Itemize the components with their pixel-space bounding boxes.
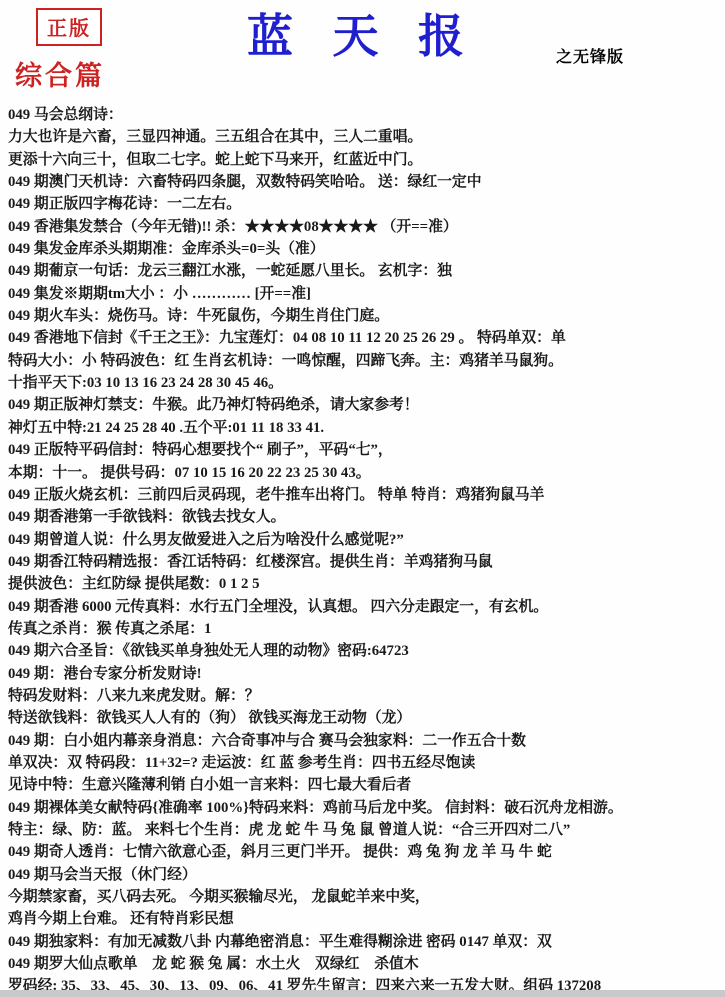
- edition-label: 之无锋版: [556, 44, 624, 67]
- report-line: 特码发财料：八来九来虎发财。解：？: [8, 685, 725, 707]
- report-line: 特主：绿、防：蓝。 来料七个生肖：虎 龙 蛇 牛 马 兔 鼠 曾道人说：“合三开…: [8, 819, 725, 841]
- section-title: 综合篇: [15, 54, 105, 93]
- report-line: 049 集发金库杀头期期准：金库杀头=0=头（准）: [8, 238, 725, 260]
- report-line: 鸡肖今期上台难。 还有特肖彩民想: [8, 908, 725, 930]
- bottom-edge-bar: [0, 990, 725, 997]
- report-line: 049 期香江特码精选报：香江话特码：红楼深宫。提供生肖：羊鸡猪狗马鼠: [8, 551, 725, 573]
- report-line: 十指平天下:03 10 13 16 23 24 28 30 45 46。: [8, 372, 725, 394]
- report-line: 特码大小：小 特码波色：红 生肖玄机诗：一鸣惊醒，四蹄飞奔。主：鸡猪羊马鼠狗。: [8, 350, 725, 372]
- report-line: 单双决：双 特码段：11+32=? 走运波：红 蓝 参考生肖：四书五经尽饱读: [8, 752, 725, 774]
- report-line: 049 期葡京一句话：龙云三翻江水涨，一蛇延愿八里长。 玄机字：独: [8, 260, 725, 282]
- report-line: 049 期裸体美女献特码{准确率 100%}特码来料：鸡前马后龙中奖。 信封料：…: [8, 797, 725, 819]
- report-line: 049 期马会当天报（休门经）: [8, 864, 725, 886]
- page-title: 蓝 天 报: [247, 0, 478, 66]
- report-line: 049 香港集发禁合（今年无错)!! 杀：★★★★08★★★★ （开==准）: [8, 216, 725, 238]
- report-line: 049 期澳门天机诗：六畜特码四条腿，双数特码笑哈哈。 送：绿红一定中: [8, 171, 725, 193]
- report-line: 今期禁家畜，买八码去死。 今期买猴输尽光， 龙鼠蛇羊来中奖，: [8, 886, 725, 908]
- report-line: 049 期正版四字梅花诗：一二左右。: [8, 193, 725, 215]
- report-line: 特送欲钱料：欲钱买人人有的（狗） 欲钱买海龙王动物（龙）: [8, 707, 725, 729]
- report-line: 049 期正版神灯禁支：牛猴。此乃神灯特码绝杀，请大家参考！: [8, 394, 725, 416]
- authentic-badge: 正版: [36, 8, 102, 46]
- report-line: 049 期：白小姐内幕亲身消息：六合奇事冲与合 赛马会独家料：二一作五合十数: [8, 730, 725, 752]
- report-line: 049 期香港 6000 元传真料：水行五门全埋没，认真想。 四六分走跟定一，有…: [8, 596, 725, 618]
- report-line: 神灯五中特:21 24 25 28 40 .五个平:01 11 18 33 41…: [8, 417, 725, 439]
- report-line: 本期：十一。 提供号码：07 10 15 16 20 22 23 25 30 4…: [8, 462, 725, 484]
- report-page: 正版 蓝 天 报 之无锋版 综合篇 049 马会总纲诗：力大也许是六畜，三显四神…: [0, 0, 725, 997]
- report-line: 049 集发※期期tm大小 ：小 ………… [开==准]: [8, 283, 725, 305]
- report-line: 049 期独家料：有加无减数八卦 内幕绝密消息：平生难得糊涂进 密码 0147 …: [8, 931, 725, 953]
- report-body: 049 马会总纲诗：力大也许是六畜，三显四神通。三五组合在其中，三人二重唱。更添…: [8, 104, 725, 997]
- report-line: 049 期曾道人说：什么男友做爱进入之后为啥没什么感觉呢?”: [8, 529, 725, 551]
- report-line: 力大也许是六畜，三显四神通。三五组合在其中，三人二重唱。: [8, 126, 725, 148]
- report-line: 049 期：港台专家分析发财诗!: [8, 663, 725, 685]
- report-line: 传真之杀肖：猴 传真之杀尾：1: [8, 618, 725, 640]
- report-line: 提供波色：主红防绿 提供尾数：0 1 2 5: [8, 573, 725, 595]
- report-line: 049 期奇人透肖：七情六欲意心歪，斜月三更门半开。 提供：鸡 兔 狗 龙 羊 …: [8, 841, 725, 863]
- report-line: 见诗中特：生意兴隆薄利销 白小姐一言来料：四七最大看后者: [8, 774, 725, 796]
- report-line: 更添十六向三十，但取二七字。蛇上蛇下马来开，红蓝近中门。: [8, 149, 725, 171]
- report-line: 049 期六合圣旨：《欲钱买单身独处无人理的动物》密码:64723: [8, 640, 725, 662]
- report-line: 049 马会总纲诗：: [8, 104, 725, 126]
- report-line: 049 期罗大仙点歌单 龙 蛇 猴 兔 属：水土火 双绿红 杀值木: [8, 953, 725, 975]
- report-line: 049 正版特平码信封：特码心想要找个“ 刷子”，平码“七”，: [8, 439, 725, 461]
- report-line: 049 期香港第一手欲钱料：欲钱去找女人。: [8, 506, 725, 528]
- report-line: 049 期火车头：烧伤马。诗：牛死鼠伤，今期生肖住门庭。: [8, 305, 725, 327]
- report-line: 049 正版火烧玄机：三前四后灵码现，老牛推车出将门。 特单 特肖：鸡猪狗鼠马羊: [8, 484, 725, 506]
- report-line: 049 香港地下信封《千王之王》：九宝莲灯：04 08 10 11 12 20 …: [8, 327, 725, 349]
